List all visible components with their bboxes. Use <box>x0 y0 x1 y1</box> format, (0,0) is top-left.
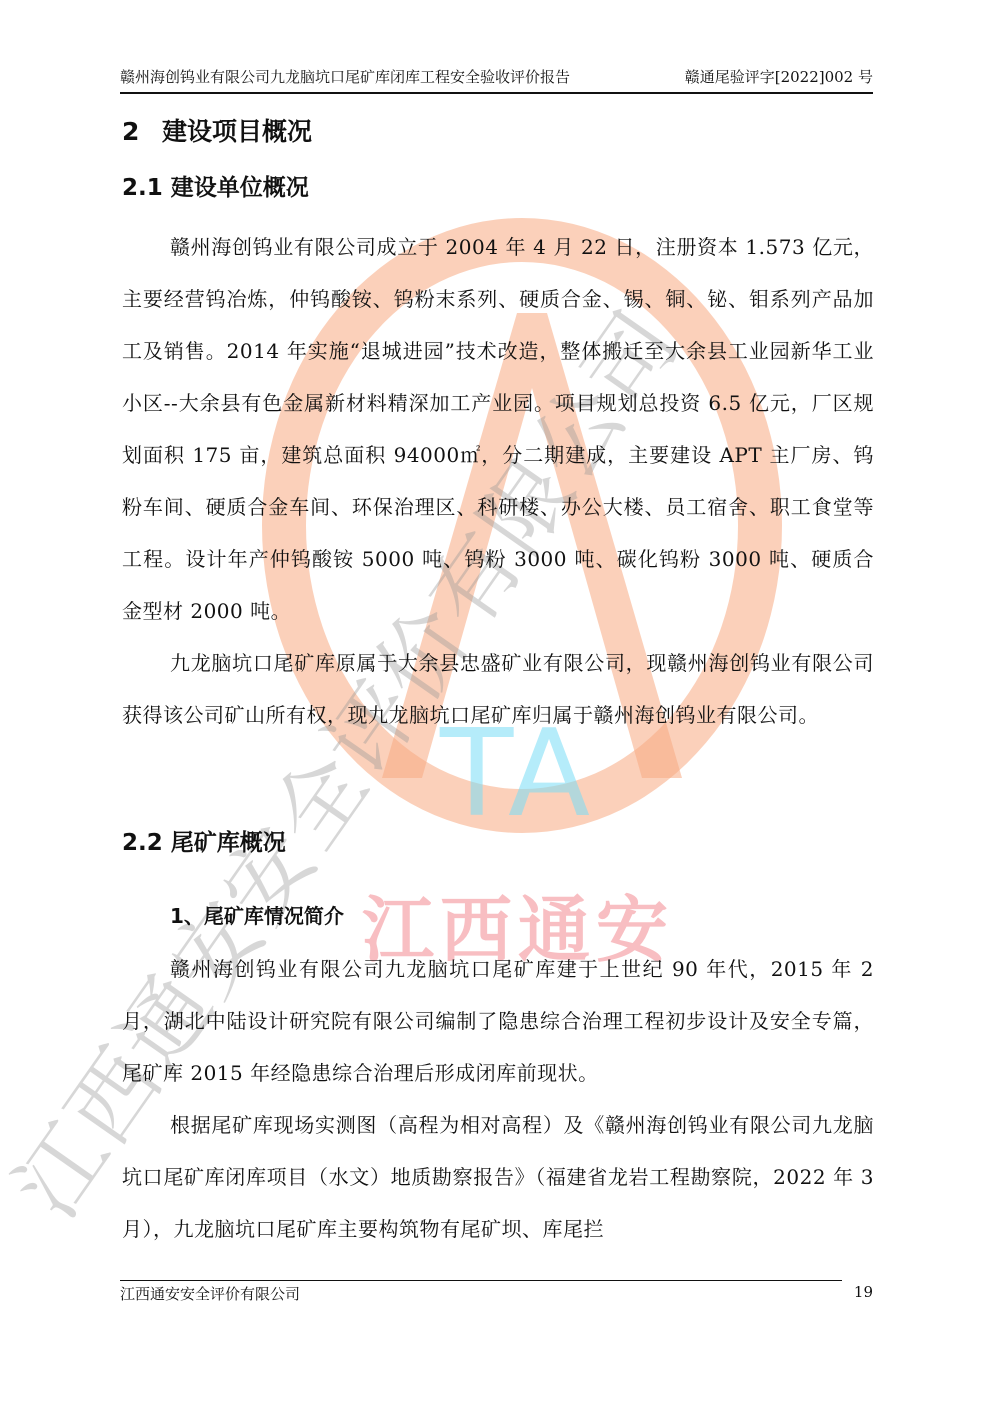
report-number: 赣通尾验评字[2022]002 号 <box>685 66 873 88</box>
section-heading-2-2: 2.2 尾矿库概况 <box>122 826 286 860</box>
subsection-heading-1: 1、尾矿库情况简介 <box>170 900 344 932</box>
page-header: 赣州海创钨业有限公司九龙脑坑口尾矿库闭库工程安全验收评价报告 赣通尾验评字[20… <box>120 66 873 94</box>
paragraph-tailings-structures: 根据尾矿库现场实测图（高程为相对高程）及《赣州海创钨业有限公司九龙脑坑口尾矿库闭… <box>122 1099 874 1255</box>
document-page: TA 江西通安 江西通安安全评价有限公司 赣州海创钨业有限公司九龙脑坑口尾矿库闭… <box>0 0 992 1403</box>
footer-company: 江西通安安全评价有限公司 <box>120 1283 300 1305</box>
paragraph-company-overview: 赣州海创钨业有限公司成立于 2004 年 4 月 22 日，注册资本 1.573… <box>122 221 874 637</box>
paragraph-tailings-history: 赣州海创钨业有限公司九龙脑坑口尾矿库建于上世纪 90 年代，2015 年 2 月… <box>122 943 874 1099</box>
report-title: 赣州海创钨业有限公司九龙脑坑口尾矿库闭库工程安全验收评价报告 <box>120 66 570 88</box>
chapter-heading: 2建设项目概况 <box>122 114 312 150</box>
page-number: 19 <box>854 1281 873 1303</box>
section-heading-2-1: 2.1 建设单位概况 <box>122 171 309 205</box>
chapter-number: 2 <box>122 114 162 150</box>
chapter-title: 建设项目概况 <box>162 117 312 146</box>
footer-divider <box>120 1280 842 1281</box>
page-content: 赣州海创钨业有限公司九龙脑坑口尾矿库闭库工程安全验收评价报告 赣通尾验评字[20… <box>0 0 992 1403</box>
paragraph-ownership: 九龙脑坑口尾矿库原属于大余县忠盛矿业有限公司，现赣州海创钨业有限公司获得该公司矿… <box>122 637 874 741</box>
